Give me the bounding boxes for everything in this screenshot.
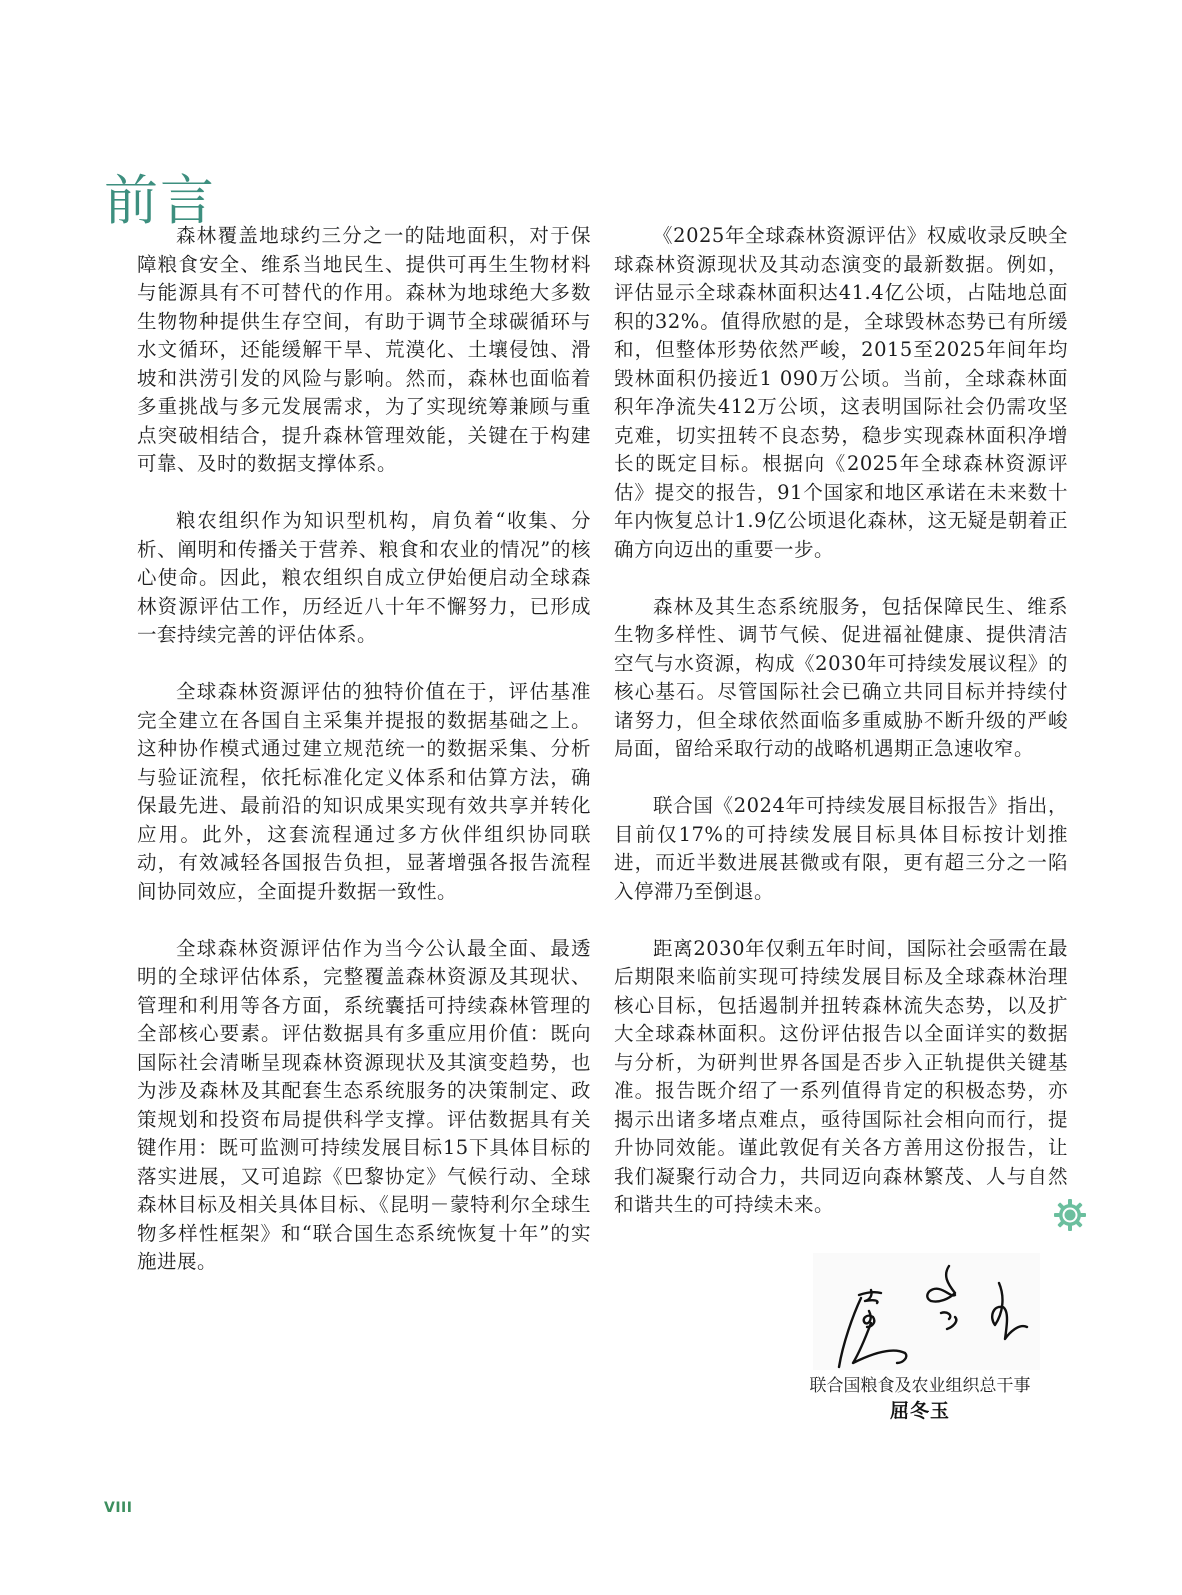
- left-column: 森林覆盖地球约三分之一的陆地面积，对于保障粮食安全、维系当地民生、提供可再生生物…: [137, 222, 591, 1305]
- gear-icon: [1053, 1198, 1087, 1232]
- paragraph: 粮农组织作为知识型机构，肩负着“收集、分析、阐明和传播关于营养、粮食和农业的情况…: [137, 507, 591, 650]
- page-title: 前言: [104, 174, 216, 228]
- signatory-title: 联合国粮食及农业组织总干事: [790, 1374, 1050, 1398]
- right-column: 《2025年全球森林资源评估》权威收录反映全球森林资源现状及其动态演变的最新数据…: [614, 222, 1068, 1248]
- handwritten-signature-icon: [813, 1253, 1040, 1370]
- paragraph: 森林覆盖地球约三分之一的陆地面积，对于保障粮食安全、维系当地民生、提供可再生生物…: [137, 222, 591, 479]
- paragraph: 全球森林资源评估作为当今公认最全面、最透明的全球评估体系，完整覆盖森林资源及其现…: [137, 935, 591, 1277]
- paragraph: 森林及其生态系统服务，包括保障民生、维系生物多样性、调节气候、促进福祉健康、提供…: [614, 593, 1068, 764]
- paragraph: 《2025年全球森林资源评估》权威收录反映全球森林资源现状及其动态演变的最新数据…: [614, 222, 1068, 564]
- paragraph: 全球森林资源评估的独特价值在于，评估基准完全建立在各国自主采集并提报的数据基础之…: [137, 678, 591, 906]
- paragraph: 距离2030年仅剩五年时间，国际社会亟需在最后期限来临前实现可持续发展目标及全球…: [614, 935, 1068, 1220]
- signature-block: 联合国粮食及农业组织总干事 屈冬玉: [790, 1253, 1050, 1424]
- page-number: VIII: [104, 1500, 132, 1516]
- signatory-name: 屈冬玉: [790, 1398, 1050, 1424]
- paragraph: 联合国《2024年可持续发展目标报告》指出，目前仅17%的可持续发展目标具体目标…: [614, 792, 1068, 906]
